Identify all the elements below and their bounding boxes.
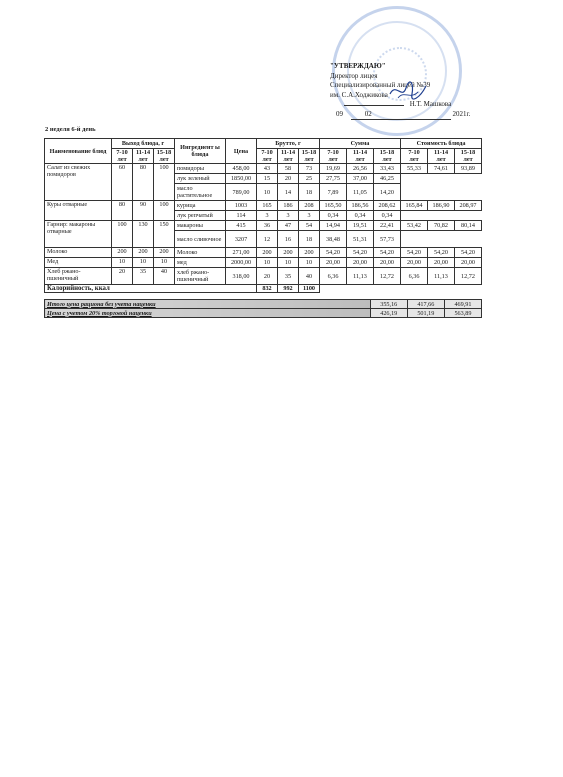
dish-name: Куры отварные <box>45 201 112 221</box>
date-month-line: 02 <box>351 110 451 121</box>
gross-value: 12 <box>257 231 278 248</box>
sum-value: 54,20 <box>320 248 347 258</box>
sum-value: 54,20 <box>374 248 401 258</box>
totals-label: Цена с учетом 20% торговой наценки <box>45 309 371 318</box>
portion-value: 150 <box>154 221 175 248</box>
cost-value: 20,00 <box>428 258 455 268</box>
approval-title: "УТВЕРЖДАЮ" <box>330 62 470 72</box>
totals-value: 355,16 <box>370 300 407 309</box>
header-age-group: 11-14 лет <box>278 149 299 164</box>
sum-value: 20,00 <box>374 258 401 268</box>
date-month: 02 <box>351 110 372 118</box>
totals-label: Итого цена рациона без учета наценки <box>45 300 371 309</box>
gross-value: 10 <box>299 258 320 268</box>
sum-value: 46,25 <box>374 174 401 184</box>
cost-value: 208,97 <box>455 201 482 211</box>
table-row: Куры отварные8090100курица10031651862081… <box>45 201 482 211</box>
cost-value: 12,72 <box>455 268 482 285</box>
sum-value: 208,62 <box>374 201 401 211</box>
calories-value: 992 <box>278 285 299 293</box>
sum-value: 0,34 <box>320 211 347 221</box>
calories-value: 832 <box>257 285 278 293</box>
cost-value: 93,89 <box>455 164 482 174</box>
portion-value: 100 <box>154 164 175 201</box>
cost-value: 53,42 <box>401 221 428 231</box>
gross-value: 18 <box>299 231 320 248</box>
header-age-group: 15-18 лет <box>299 149 320 164</box>
gross-value: 25 <box>299 174 320 184</box>
ingredient-price: 1003 <box>226 201 257 211</box>
portion-value: 90 <box>133 201 154 221</box>
sum-value: 57,73 <box>374 231 401 248</box>
header-age-group: 7-10 лет <box>257 149 278 164</box>
ingredient-name: лук зеленый <box>175 174 226 184</box>
cost-value: 80,14 <box>455 221 482 231</box>
calories-label: Калорийность, ккал <box>45 285 257 293</box>
totals-value: 469,91 <box>444 300 481 309</box>
ingredient-name: масло растительное <box>175 184 226 201</box>
gross-value: 208 <box>299 201 320 211</box>
sum-value: 7,89 <box>320 184 347 201</box>
header-portion: Выход блюда, г <box>112 139 175 149</box>
gross-value: 186 <box>278 201 299 211</box>
portion-value: 200 <box>154 248 175 258</box>
gross-value: 3 <box>278 211 299 221</box>
sum-value: 0,34 <box>374 211 401 221</box>
empty-cell <box>401 174 482 201</box>
portion-value: 40 <box>154 268 175 285</box>
gross-value: 20 <box>257 268 278 285</box>
gross-value: 3 <box>257 211 278 221</box>
gross-value: 18 <box>299 184 320 201</box>
portion-value: 200 <box>112 248 133 258</box>
table-row: Молоко200200200Молоко271,0020020020054,2… <box>45 248 482 258</box>
gross-value: 54 <box>299 221 320 231</box>
calories-value: 1100 <box>299 285 320 293</box>
portion-value: 80 <box>133 164 154 201</box>
portion-value: 100 <box>154 201 175 221</box>
sum-value: 27,75 <box>320 174 347 184</box>
sum-value: 38,48 <box>320 231 347 248</box>
empty-cell <box>320 285 482 293</box>
dish-name: Гарнир: макароны отварные <box>45 221 112 248</box>
sum-value: 11,13 <box>347 268 374 285</box>
header-age-group: 15-18 лет <box>455 149 482 164</box>
gross-value: 200 <box>299 248 320 258</box>
cost-value: 20,00 <box>401 258 428 268</box>
sum-value: 26,56 <box>347 164 374 174</box>
ingredient-price: 1850,00 <box>226 174 257 184</box>
ingredient-name: Молоко <box>175 248 226 258</box>
signature-scribble-icon <box>388 80 428 102</box>
sum-value: 20,00 <box>347 258 374 268</box>
portion-value: 10 <box>112 258 133 268</box>
gross-value: 47 <box>278 221 299 231</box>
cost-value: 6,36 <box>401 268 428 285</box>
sum-value: 54,20 <box>347 248 374 258</box>
week-day-title: 2 неделя 6-й день <box>45 126 96 133</box>
gross-value: 20 <box>278 174 299 184</box>
ingredient-price: 458,00 <box>226 164 257 174</box>
header-age-group: 11-14 лет <box>428 149 455 164</box>
portion-value: 100 <box>112 221 133 248</box>
ingredient-price: 3207 <box>226 231 257 248</box>
ingredient-name: хлеб ржано-пшеничный <box>175 268 226 285</box>
sum-value: 20,00 <box>320 258 347 268</box>
empty-cell <box>401 231 482 248</box>
header-sum: Сумма <box>320 139 401 149</box>
cost-value: 74,61 <box>428 164 455 174</box>
ingredient-name: масло сливочное <box>175 231 226 248</box>
table-row: Гарнир: макароны отварные100130150макаро… <box>45 221 482 231</box>
dish-name: Хлеб ржано-пшеничный <box>45 268 112 285</box>
header-age-group: 15-18 лет <box>154 149 175 164</box>
cost-value: 54,20 <box>455 248 482 258</box>
portion-value: 200 <box>133 248 154 258</box>
totals-value: 417,66 <box>407 300 444 309</box>
totals-table: Итого цена рациона без учета наценки355,… <box>44 299 482 318</box>
ingredient-name: макароны <box>175 221 226 231</box>
ingredient-name: мед <box>175 258 226 268</box>
empty-cell <box>401 211 482 221</box>
sum-value: 6,36 <box>320 268 347 285</box>
header-cost: Стоимость блюда <box>401 139 482 149</box>
portion-value: 10 <box>154 258 175 268</box>
gross-value: 40 <box>299 268 320 285</box>
gross-value: 15 <box>257 174 278 184</box>
cost-value: 11,13 <box>428 268 455 285</box>
sum-value: 33,43 <box>374 164 401 174</box>
date-day: 09 <box>330 110 349 118</box>
totals-row: Цена с учетом 20% торговой наценки426,19… <box>45 309 482 318</box>
totals-value: 501,19 <box>407 309 444 318</box>
header-age-group: 7-10 лет <box>112 149 133 164</box>
sum-value: 12,72 <box>374 268 401 285</box>
header-dish-name: Наименование блюд <box>45 139 112 164</box>
ingredient-name: лук репчатый <box>175 211 226 221</box>
header-age-group: 7-10 лет <box>401 149 428 164</box>
portion-value: 130 <box>133 221 154 248</box>
cost-value: 165,84 <box>401 201 428 211</box>
sum-value: 11,05 <box>347 184 374 201</box>
menu-table: Наименование блюдВыход блюда, гИнгредиен… <box>44 138 482 293</box>
cost-value: 186,90 <box>428 201 455 211</box>
header-age-group: 15-18 лет <box>374 149 401 164</box>
gross-value: 16 <box>278 231 299 248</box>
sum-value: 51,31 <box>347 231 374 248</box>
cost-value: 70,82 <box>428 221 455 231</box>
ingredient-price: 114 <box>226 211 257 221</box>
portion-value: 80 <box>112 201 133 221</box>
gross-value: 200 <box>257 248 278 258</box>
dish-name: Молоко <box>45 248 112 258</box>
sum-value: 165,50 <box>320 201 347 211</box>
gross-value: 35 <box>278 268 299 285</box>
cost-value: 55,33 <box>401 164 428 174</box>
sum-value: 0,34 <box>347 211 374 221</box>
header-price: Цена <box>226 139 257 164</box>
table-row: Салат из свежих помидоров6080100помидоры… <box>45 164 482 174</box>
ingredient-price: 415 <box>226 221 257 231</box>
signature-line <box>344 105 404 106</box>
sum-value: 37,00 <box>347 174 374 184</box>
cost-value: 54,20 <box>428 248 455 258</box>
gross-value: 58 <box>278 164 299 174</box>
table-row: Хлеб ржано-пшеничный203540хлеб ржано-пше… <box>45 268 482 285</box>
sum-value: 14,20 <box>374 184 401 201</box>
totals-value: 563,89 <box>444 309 481 318</box>
gross-value: 43 <box>257 164 278 174</box>
header-ingredients: Ингредиент ы блюда <box>175 139 226 164</box>
ingredient-price: 2000,00 <box>226 258 257 268</box>
gross-value: 36 <box>257 221 278 231</box>
header-gross: Брутто, г <box>257 139 320 149</box>
gross-value: 3 <box>299 211 320 221</box>
sum-value: 19,69 <box>320 164 347 174</box>
ingredient-price: 789,00 <box>226 184 257 201</box>
gross-value: 165 <box>257 201 278 211</box>
portion-value: 35 <box>133 268 154 285</box>
sum-value: 14,94 <box>320 221 347 231</box>
gross-value: 200 <box>278 248 299 258</box>
totals-value: 426,19 <box>370 309 407 318</box>
sum-value: 22,41 <box>374 221 401 231</box>
ingredient-price: 318,00 <box>226 268 257 285</box>
date-year: 2021г. <box>453 110 471 118</box>
gross-value: 10 <box>257 258 278 268</box>
header-age-group: 7-10 лет <box>320 149 347 164</box>
gross-value: 14 <box>278 184 299 201</box>
dish-name: Салат из свежих помидоров <box>45 164 112 201</box>
sum-value: 186,56 <box>347 201 374 211</box>
portion-value: 10 <box>133 258 154 268</box>
gross-value: 10 <box>257 184 278 201</box>
gross-value: 73 <box>299 164 320 174</box>
ingredient-name: курица <box>175 201 226 211</box>
header-age-group: 11-14 лет <box>347 149 374 164</box>
table-row: Мед101010мед2000,0010101020,0020,0020,00… <box>45 258 482 268</box>
dish-name: Мед <box>45 258 112 268</box>
portion-value: 60 <box>112 164 133 201</box>
ingredient-price: 271,00 <box>226 248 257 258</box>
gross-value: 10 <box>278 258 299 268</box>
cost-value: 54,20 <box>401 248 428 258</box>
calories-row: Калорийность, ккал8329921100 <box>45 285 482 293</box>
header-age-group: 11-14 лет <box>133 149 154 164</box>
ingredient-name: помидоры <box>175 164 226 174</box>
sum-value: 19,51 <box>347 221 374 231</box>
portion-value: 20 <box>112 268 133 285</box>
totals-row: Итого цена рациона без учета наценки355,… <box>45 300 482 309</box>
cost-value: 20,00 <box>455 258 482 268</box>
